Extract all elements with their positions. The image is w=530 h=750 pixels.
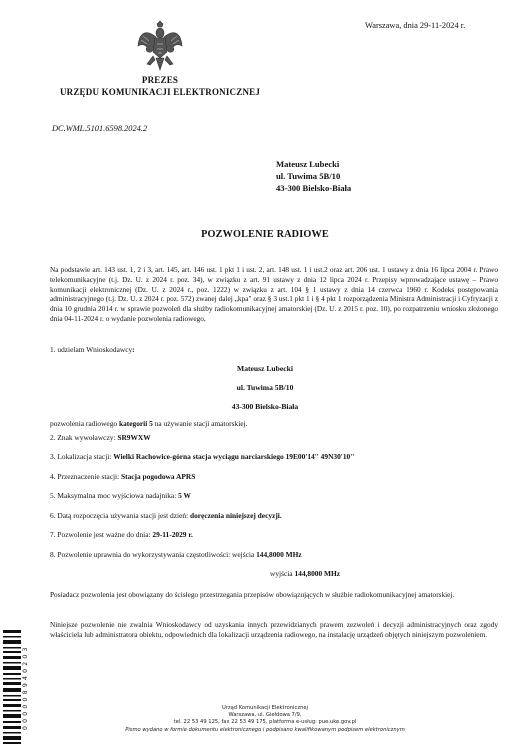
issuer-heading: PREZES URZĘDU KOMUNIKACJI ELEKTRONICZNEJ xyxy=(40,74,280,98)
item-label: 3. Lokalizacja stacji: xyxy=(50,452,113,461)
footer-address: Warszawa, ul. Giełdowa 7/9, xyxy=(0,712,530,719)
grantee-city: 43-300 Bielsko-Biała xyxy=(0,402,530,411)
disclaimer-paragraph: Niniejsze pozwolenie nie zwalnia Wniosko… xyxy=(50,620,498,640)
footer-org: Urząd Komunikacji Elektronicznej xyxy=(0,705,530,712)
footer-contact: tel. 22 53 49 125, fax 22 53 49 175, pla… xyxy=(0,719,530,726)
item-value: doręczenia niniejszej decyzji. xyxy=(190,511,282,520)
barcode-digits: 000008940203 xyxy=(22,628,32,746)
category-post: na używanie stacji amatorskiej. xyxy=(153,419,248,428)
legal-basis-paragraph: Na podstawie art. 143 ust. 1, 2 i 3, art… xyxy=(50,265,498,324)
item-value: Stacja pogodowa APRS xyxy=(121,472,195,481)
item-value: 144,8000 MHz xyxy=(294,569,340,578)
item-purpose: 4. Przeznaczenie stacji: Stacja pogodowa… xyxy=(50,472,195,482)
item-input-frequency: 8. Pozwolenie uprawnia do wykorzystywani… xyxy=(50,550,302,560)
item-max-power: 5. Maksymalna moc wyjściowa nadajnika: 5… xyxy=(50,491,191,501)
grant-intro: 1. udzielam Wnioskodawcy: xyxy=(50,345,135,355)
place-date: Warszawa, dnia 29-11-2024 r. xyxy=(365,21,465,30)
item-label: 5. Maksymalna moc wyjściowa nadajnika: xyxy=(50,491,178,500)
grant-intro-text: 1. udzielam Wnioskodawcy xyxy=(50,345,132,354)
item-start-date: 6. Datą rozpoczęcia używania stacji jest… xyxy=(50,511,282,521)
item-label: 7. Pozwolenie jest ważne do dnia: xyxy=(50,530,152,539)
permit-category: pozwolenia radiowego kategorii 5 na używ… xyxy=(50,419,247,429)
footer-note: Pismo wydano w formie dokumentu elektron… xyxy=(0,727,530,734)
item-value: Wielki Rachowice-górna stacja wyciągu na… xyxy=(113,452,354,461)
item-output-frequency: wyjścia 144,8000 MHz xyxy=(270,569,340,579)
item-label: 2. Znak wywoławczy: xyxy=(50,433,117,442)
category-pre: pozwolenia radiowego xyxy=(50,419,119,428)
grantee-name: Mateusz Lubecki xyxy=(0,364,530,373)
document-title: POZWOLENIE RADIOWE xyxy=(0,229,530,240)
item-valid-until: 7. Pozwolenie jest ważne do dnia: 29-11-… xyxy=(50,530,193,540)
addressee-street: ul. Tuwima 5B/10 xyxy=(276,170,351,182)
addressee-city: 43-300 Bielsko-Biała xyxy=(276,182,351,194)
item-label: 4. Przeznaczenie stacji: xyxy=(50,472,121,481)
issuer-line-2: URZĘDU KOMUNIKACJI ELEKTRONICZNEJ xyxy=(40,86,280,98)
item-value: 144,8000 MHz xyxy=(256,550,302,559)
item-location: 3. Lokalizacja stacji: Wielki Rachowice-… xyxy=(50,452,354,462)
item-callsign: 2. Znak wywoławczy: SR9WXW xyxy=(50,433,151,443)
grantee-street: ul. Tuwima 5B/10 xyxy=(0,383,530,392)
footer: Urząd Komunikacji Elektronicznej Warszaw… xyxy=(0,705,530,734)
item-value: 5 W xyxy=(178,491,191,500)
item-label: 6. Datą rozpoczęcia używania stacji jest… xyxy=(50,511,190,520)
item-label: wyjścia xyxy=(270,569,294,578)
reference-number: DC.WML.5101.6598.2024.2 xyxy=(52,124,147,133)
addressee-name: Mateusz Lubecki xyxy=(276,158,351,170)
obligation-paragraph: Posiadacz pozwolenia jest obowiązany do … xyxy=(50,590,498,600)
addressee-block: Mateusz Lubecki ul. Tuwima 5B/10 43-300 … xyxy=(276,158,351,194)
category-value: kategorii 5 xyxy=(119,419,153,428)
issuer-line-1: PREZES xyxy=(40,74,280,86)
polish-eagle-emblem-icon xyxy=(135,20,185,75)
item-label: 8. Pozwolenie uprawnia do wykorzystywani… xyxy=(50,550,256,559)
barcode-icon xyxy=(3,628,21,746)
item-value: SR9WXW xyxy=(117,433,150,442)
item-value: 29-11-2029 r. xyxy=(152,530,192,539)
grant-intro-colon: : xyxy=(132,345,134,354)
